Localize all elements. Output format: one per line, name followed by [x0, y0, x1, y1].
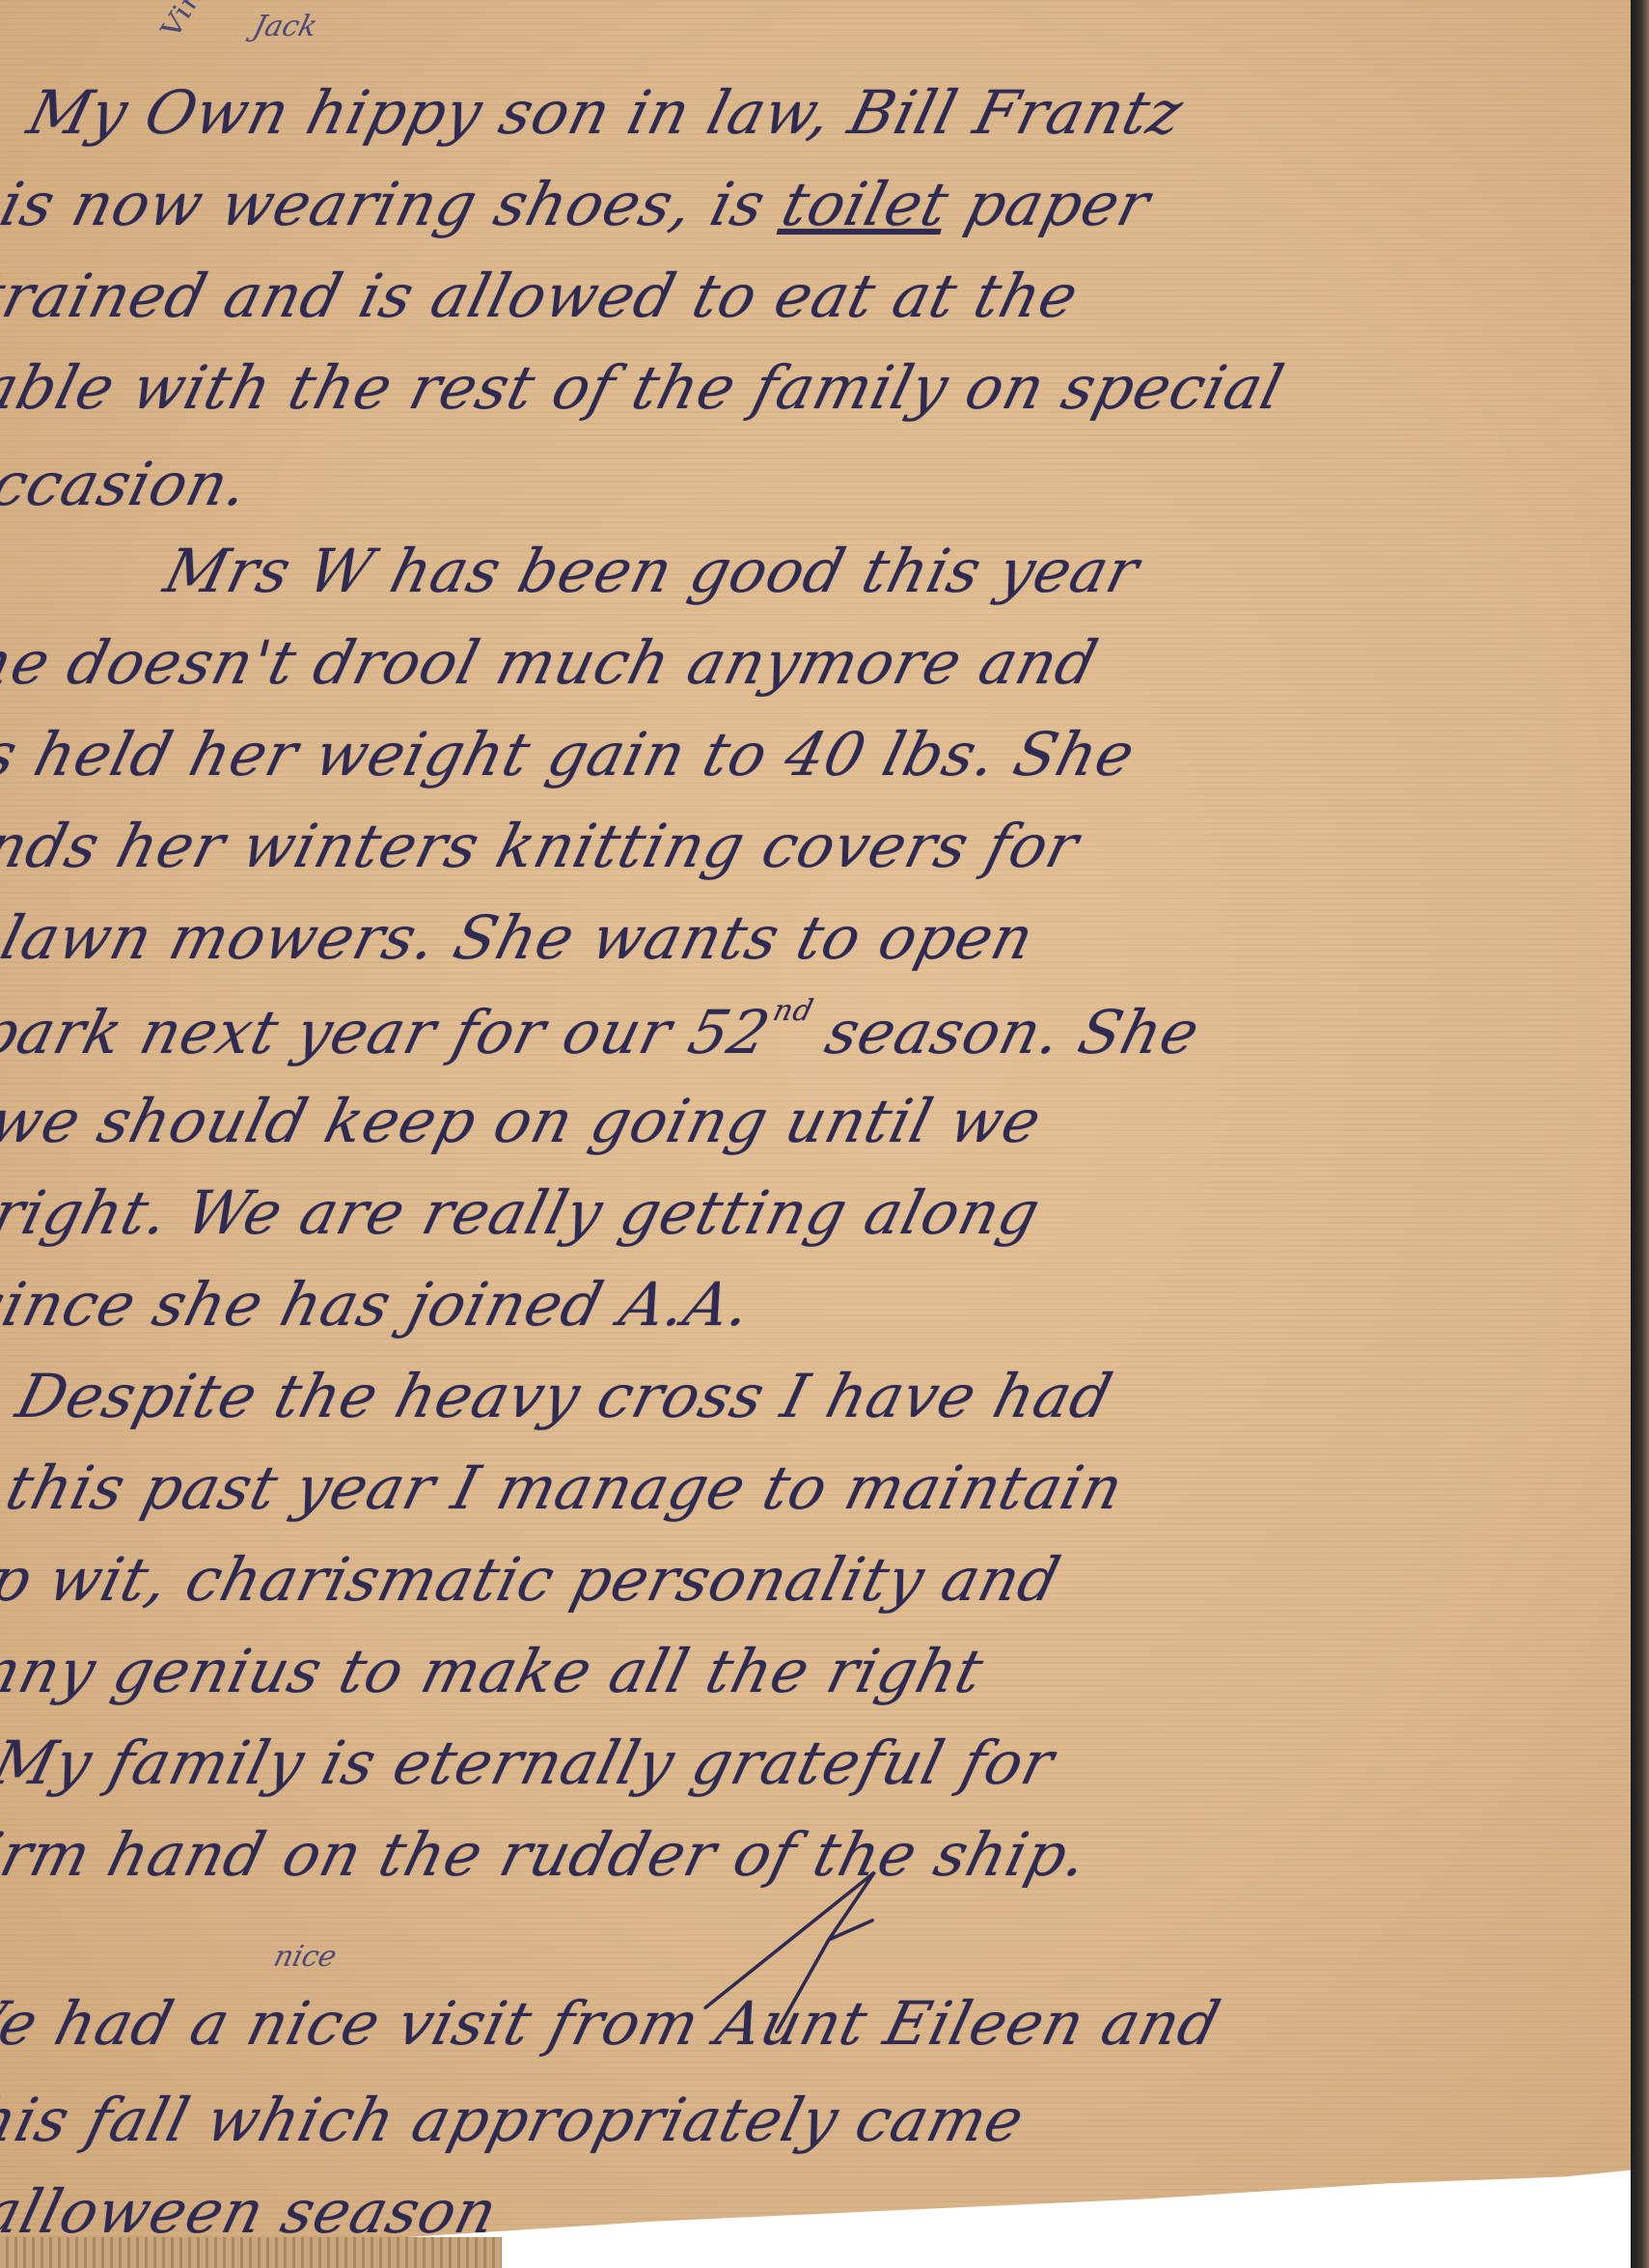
letter-line-18: my uncanny genius to make all the right — [0, 1636, 991, 1706]
letter-line-10: the lawn mowers. She wants to open — [0, 902, 1041, 973]
letter-line-13: get it right. We are really getting alon… — [0, 1177, 1048, 1248]
letter-line-20: having a firm hand on the rudder of the … — [0, 1819, 1095, 1890]
letter-line-11-text: the park next year for our 52 — [0, 997, 778, 1067]
letter-line-6: Mrs W has been good this year — [157, 536, 1146, 606]
postscript-line-3: during the Halloween season — [0, 2176, 505, 2247]
letter-line-17: my sharp wit, charismatic personality an… — [0, 1544, 1067, 1615]
letter-line-16: to bear this past year I manage to maint… — [0, 1452, 1131, 1523]
insertion-note: nice — [270, 1940, 340, 1974]
letter-line-4: table with the rest of the family on spe… — [0, 352, 1291, 423]
letter-line-9: spends her winters knitting covers for — [0, 811, 1086, 881]
letter-line-19: decision. My family is eternally gratefu… — [0, 1728, 1061, 1798]
underlined-word: toilet — [775, 169, 956, 239]
letter-line-14: good since she has joined A.A. — [0, 1269, 759, 1340]
letter-line-15: Despite the heavy cross I have had — [10, 1361, 1119, 1431]
postscript-line-2: Uncle Bud this fall which appropriately … — [0, 2085, 1031, 2155]
letter-line-8: has held her weight gain to 40 lbs. She — [0, 719, 1142, 789]
letter-line-3: trained and is allowed to eat at the — [0, 261, 1086, 331]
scanner-edge-right — [1631, 0, 1649, 2268]
letter-line-1: My Own hippy son in law, Bill Frantz — [21, 77, 1191, 148]
letter-line-7: She doesn't drool much anymore and — [0, 627, 1105, 698]
letter-line-2: is now wearing shoes, is toilet paper — [0, 169, 1158, 239]
postscript-line-1: P.S. We had a nice visit from Aunt Eilee… — [0, 1988, 1227, 2059]
letter-line-2-text: is now wearing shoes, is toilet paper — [0, 169, 1158, 239]
margin-note-jack: Jack — [250, 10, 321, 43]
letter-line-11-tail: season. She — [799, 997, 1207, 1067]
letter-line-11: the park next year for our 52nd season. … — [0, 994, 1208, 1067]
margin-note-virginia: Virginia — [153, 0, 249, 41]
letter-line-5: occasion. — [0, 449, 256, 519]
letter-line-12: says we should keep on going until we — [0, 1086, 1049, 1156]
